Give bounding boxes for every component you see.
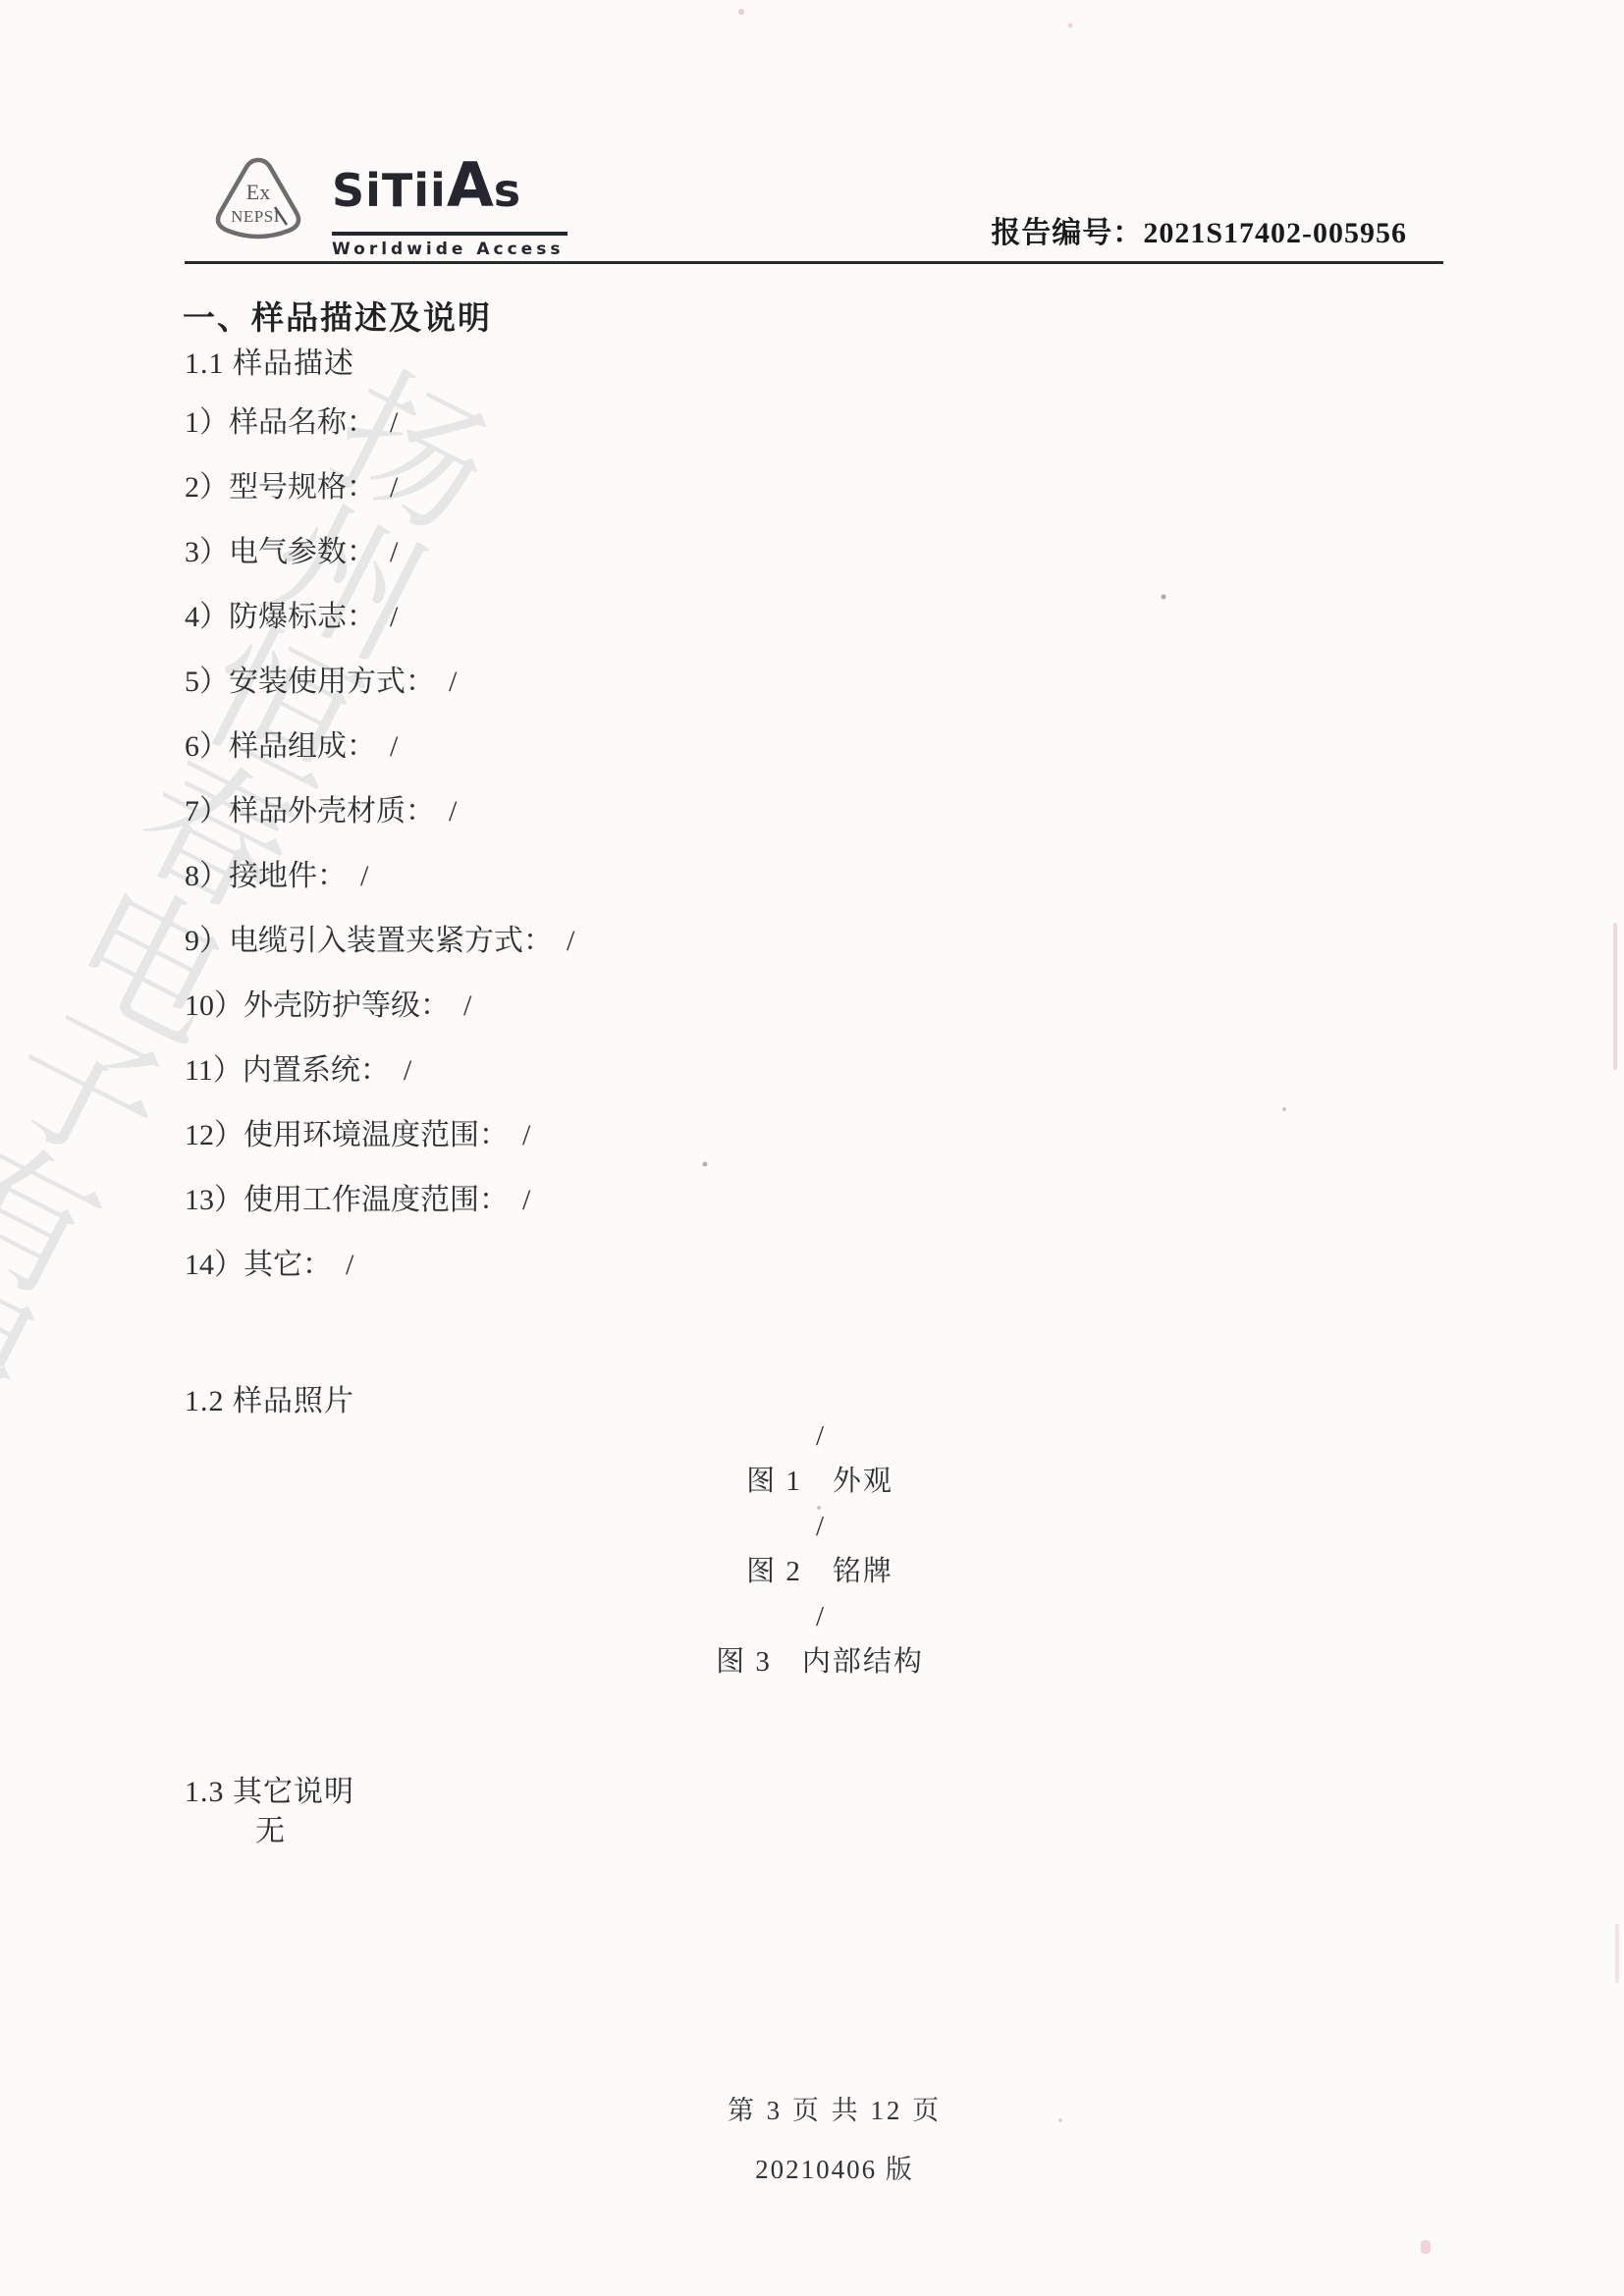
figure-entry: / 图 2 铭牌 bbox=[0, 1504, 1624, 1594]
sample-description-list: 1）样品名称：/2）型号规格：/3）电气参数：/4）防爆标志：/5）安装使用方式… bbox=[185, 391, 1068, 1298]
item-label: 10）外壳防护等级： bbox=[185, 989, 450, 1022]
list-item: 11）内置系统：/ bbox=[185, 1039, 1068, 1103]
item-label: 4）防爆标志： bbox=[185, 601, 376, 633]
list-item: 13）使用工作温度范围：/ bbox=[185, 1168, 1068, 1233]
item-value: / bbox=[404, 1054, 411, 1087]
report-number-value: 2021S17402-005956 bbox=[1143, 217, 1407, 249]
item-value: / bbox=[346, 1249, 353, 1281]
item-value: / bbox=[390, 536, 398, 568]
item-label: 7）样品外壳材质： bbox=[185, 795, 435, 828]
subsection-1-3-content: 无 bbox=[255, 1812, 285, 1851]
list-item: 9）电缆引入装置夹紧方式：/ bbox=[185, 909, 1068, 974]
item-value: / bbox=[390, 406, 398, 439]
list-item: 12）使用环境温度范围：/ bbox=[185, 1103, 1068, 1168]
wordmark-part3: s bbox=[494, 164, 521, 217]
sitiias-logo: SiTiiAs Worldwide Access bbox=[332, 157, 572, 259]
item-value: / bbox=[360, 860, 368, 892]
item-value: / bbox=[449, 795, 457, 828]
item-value: / bbox=[390, 601, 398, 633]
badge-nepsi-text: NEPSI bbox=[231, 207, 280, 226]
list-item: 10）外壳防护等级：/ bbox=[185, 974, 1068, 1039]
item-label: 5）安装使用方式： bbox=[185, 666, 435, 698]
item-label: 2）型号规格： bbox=[185, 471, 376, 504]
item-label: 9）电缆引入装置夹紧方式： bbox=[185, 925, 553, 957]
report-number-line: 报告编号：2021S17402-005956 bbox=[991, 208, 1407, 251]
page-number: 第 3 页 共 12 页 bbox=[0, 2093, 1624, 2128]
figure-entry: / 图 3 内部结构 bbox=[0, 1594, 1624, 1684]
item-label: 3）电气参数： bbox=[185, 536, 376, 568]
item-value: / bbox=[390, 730, 398, 763]
figure-caption: 图 1 外观 bbox=[0, 1459, 1624, 1504]
badge-ex-text: Ex bbox=[246, 180, 270, 204]
header-divider bbox=[185, 261, 1443, 264]
figure-caption: 图 2 铭牌 bbox=[0, 1549, 1624, 1594]
item-value: / bbox=[449, 666, 457, 698]
figure-caption: 图 3 内部结构 bbox=[0, 1639, 1624, 1684]
figure-caption-block: / 图 1 外观 / 图 2 铭牌 / 图 3 内部结构 bbox=[0, 1414, 1624, 1684]
item-value: / bbox=[463, 989, 471, 1022]
list-item: 5）安装使用方式：/ bbox=[185, 650, 1068, 715]
list-item: 1）样品名称：/ bbox=[185, 391, 1068, 455]
item-value: / bbox=[522, 1184, 530, 1216]
item-label: 6）样品组成： bbox=[185, 730, 376, 763]
sitiias-wordmark: SiTiiAs bbox=[332, 157, 572, 230]
list-item: 8）接地件：/ bbox=[185, 844, 1068, 909]
item-value: / bbox=[567, 925, 574, 957]
item-label: 13）使用工作温度范围： bbox=[185, 1184, 509, 1216]
list-item: 6）样品组成：/ bbox=[185, 715, 1068, 779]
list-item: 14）其它：/ bbox=[185, 1233, 1068, 1298]
report-page: 扬州恒春电子有限公司 Ex NEPSI SiTiiAs Worldwide Ac… bbox=[0, 0, 1624, 2296]
wordmark-part1: SiTii bbox=[332, 164, 447, 217]
item-label: 12）使用环境温度范围： bbox=[185, 1119, 509, 1151]
subsection-1-1-title: 1.1 样品描述 bbox=[185, 339, 354, 382]
logo-tagline: Worldwide Access bbox=[332, 240, 572, 259]
list-item: 4）防爆标志：/ bbox=[185, 585, 1068, 650]
logo-underline bbox=[332, 232, 568, 236]
section-title: 一、样品描述及说明 bbox=[183, 293, 492, 339]
item-value: / bbox=[522, 1119, 530, 1151]
figure-placeholder: / bbox=[0, 1594, 1624, 1639]
figure-placeholder: / bbox=[0, 1414, 1624, 1459]
list-item: 2）型号规格：/ bbox=[185, 455, 1068, 520]
list-item: 3）电气参数：/ bbox=[185, 520, 1068, 585]
figure-placeholder: / bbox=[0, 1504, 1624, 1549]
list-item: 7）样品外壳材质：/ bbox=[185, 779, 1068, 844]
item-label: 11）内置系统： bbox=[185, 1054, 390, 1087]
wordmark-part2: A bbox=[447, 149, 494, 221]
item-label: 8）接地件： bbox=[185, 860, 347, 892]
nepsi-ex-badge-icon: Ex NEPSI bbox=[209, 155, 307, 245]
item-label: 1）样品名称： bbox=[185, 406, 376, 439]
subsection-1-3-title: 1.3 其它说明 bbox=[185, 1773, 354, 1812]
item-value: / bbox=[390, 471, 398, 504]
item-label: 14）其它： bbox=[185, 1249, 332, 1281]
report-number-label: 报告编号： bbox=[991, 217, 1143, 249]
figure-entry: / 图 1 外观 bbox=[0, 1414, 1624, 1504]
version-label: 20210406 版 bbox=[0, 2152, 1624, 2187]
